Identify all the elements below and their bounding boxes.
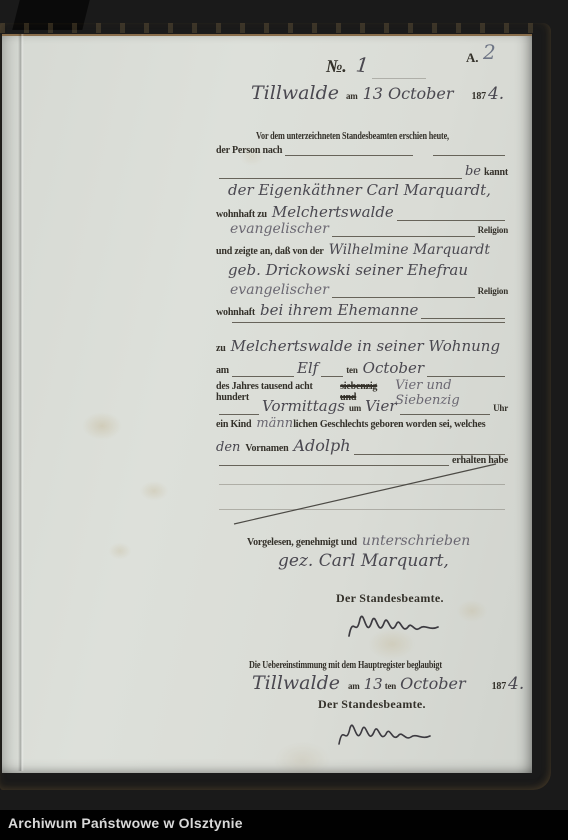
- gender-value: männ: [256, 416, 293, 431]
- certification-dateline: Tillwalde am 13 ten October 187 4.: [252, 672, 524, 694]
- residence-value: Melchertswalde: [272, 203, 394, 221]
- line-person-nach: der Person nach: [216, 145, 508, 156]
- certification-day: 13: [364, 675, 383, 693]
- line-religion-1: evangelischer Religion: [216, 221, 508, 237]
- declarant-line: der Eigenkäthner Carl Marquardt,: [228, 181, 491, 200]
- birth-day-value: Elf: [297, 359, 318, 377]
- line-blank: [216, 322, 508, 323]
- mother-name: Wilhelmine Marquardt: [329, 242, 490, 258]
- blank-rule: [285, 145, 413, 156]
- child-name-value: Adolph: [293, 436, 350, 455]
- blank-rule: [232, 359, 294, 377]
- daytime-value: Vormittags: [262, 397, 345, 415]
- blank-rule: [397, 203, 505, 221]
- line-religion-2: evangelischer Religion: [216, 282, 508, 298]
- record-number-value: 1: [354, 52, 369, 77]
- blank-rule: [219, 164, 462, 179]
- dateline-year-printed: 187: [472, 91, 486, 102]
- line-time: Vormittags um Vier Uhr: [216, 397, 508, 415]
- record-number-rule: [372, 74, 426, 79]
- blank-rule: [232, 322, 505, 323]
- record-number: №. 1: [326, 53, 368, 77]
- record-number-label: №.: [326, 56, 347, 77]
- mother-birthname-line: geb. Drickowski seiner Ehefrau: [228, 261, 468, 280]
- line-birthday: am Elf ten October: [216, 359, 508, 377]
- registrar-title: Der Standesbeamte.: [318, 695, 426, 713]
- corner-annotation-letter: A.: [466, 49, 478, 67]
- line-report: und zeigte an, daß von der Wilhelmine Ma…: [216, 242, 508, 258]
- line-birthplace: zu Melchertswalde in seiner Wohnung: [216, 337, 508, 355]
- closing-line: Vorgelesen, genehmigt und unterschrieben: [247, 533, 470, 549]
- line-child-name: den Vornamen Adolph: [216, 436, 508, 455]
- blank-rule: [332, 282, 475, 298]
- certification-month: October: [400, 674, 466, 693]
- blank-rule: [421, 301, 505, 319]
- dateline-am-label: am: [346, 91, 358, 101]
- blank-rule: [219, 397, 259, 415]
- line-bekannt: be kannt: [216, 164, 508, 179]
- dateline: Tillwalde am 13 October 187 4.: [251, 82, 504, 104]
- blank-rule: [400, 397, 491, 415]
- certification-year-written: 4.: [508, 674, 524, 694]
- religion-value: evangelischer: [230, 282, 329, 298]
- certification-year-printed: 187: [492, 681, 506, 692]
- blank-rule: [433, 145, 505, 156]
- declarant-signature-line: gez. Carl Marquart,: [278, 551, 449, 571]
- bekannt-handwritten: be: [465, 164, 481, 179]
- line-residence: wohnhaft zu Melchertswalde: [216, 203, 508, 221]
- blank-rule: [332, 221, 475, 237]
- blank-rule: [427, 359, 505, 377]
- form-intro: Vor dem unterzeichneten Standesbeamten e…: [256, 126, 491, 144]
- crossout-diagonal-line: [232, 461, 498, 527]
- page-gutter-crease: [18, 34, 24, 771]
- archival-scan: №. 1 A. 2 Tillwalde am 13 October 187 4.…: [0, 0, 568, 840]
- registrar-signature: [344, 606, 448, 644]
- blank-rule: [354, 436, 505, 455]
- religion-value: evangelischer: [230, 221, 329, 237]
- dateline-year-written: 4.: [488, 84, 504, 104]
- name-prefix: den: [216, 440, 240, 455]
- registrar-signature: [334, 714, 438, 752]
- mother-residence-value: bei ihrem Ehemanne: [260, 301, 418, 319]
- closing-handwritten: unterschrieben: [362, 533, 470, 549]
- line-mother-residence: wohnhaft bei ihrem Ehemanne: [216, 301, 508, 319]
- birthplace-value: Melchertswalde in seiner Wohnung: [231, 337, 500, 355]
- book-top-edge: [0, 23, 551, 33]
- corner-annotation-number: 2: [483, 40, 496, 64]
- registrar-title: Der Standesbeamte.: [336, 589, 444, 607]
- certification-place: Tillwalde: [252, 672, 340, 694]
- hour-value: Vier: [365, 397, 396, 415]
- archive-name: Archiwum Państwowe w Olsztynie: [8, 815, 243, 831]
- archive-watermark-bar: Archiwum Państwowe w Olsztynie: [0, 810, 568, 840]
- dateline-place: Tillwalde: [251, 82, 339, 104]
- birth-month-value: October: [363, 359, 424, 377]
- line-child-sex: ein Kind männ lichen Geschlechts geboren…: [216, 416, 508, 431]
- certification-line: Die Uebereinstimmung mit dem Hauptregist…: [249, 655, 484, 673]
- blank-rule: [321, 359, 343, 377]
- dateline-day-month: 13 October: [363, 84, 454, 103]
